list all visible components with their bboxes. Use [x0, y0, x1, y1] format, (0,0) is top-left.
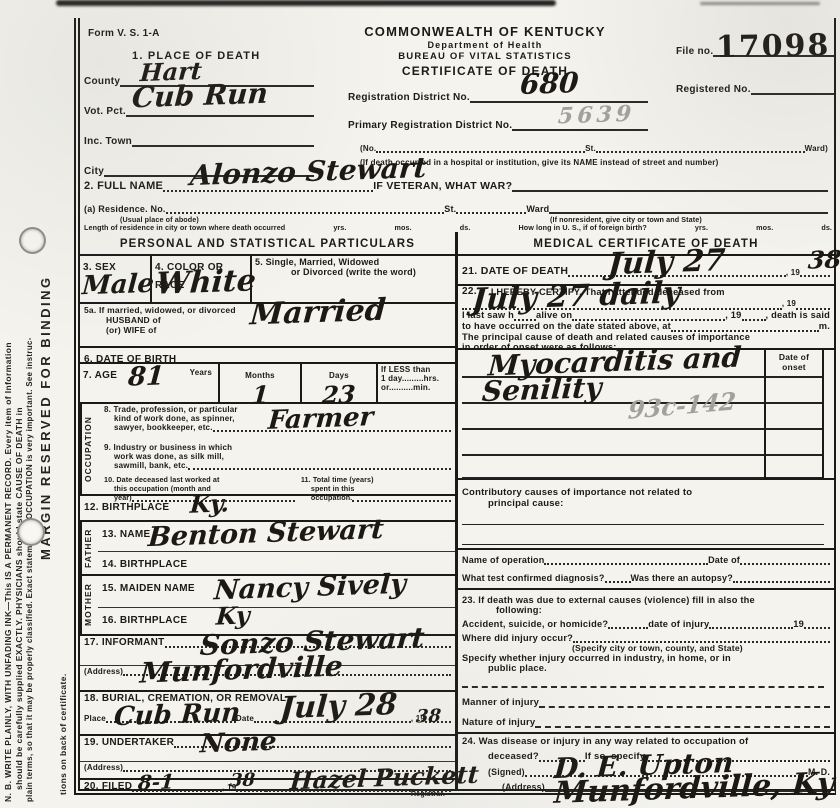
city-label: City	[84, 166, 104, 177]
industry-line1: 9. Industry or business in which	[104, 443, 451, 452]
margin-binding-label: MARGIN RESERVED FOR BINDING	[38, 230, 53, 560]
operation-row: Name of operation Date of	[458, 550, 834, 570]
certify-line3a: to have occurred on the date stated abov…	[462, 321, 671, 332]
total-time-1: 11. Total time (years)	[301, 475, 451, 484]
father-name-row: 13. NAME Benton Stewart	[98, 522, 455, 552]
cause-pencil-note: 93c-142	[627, 389, 737, 423]
industry-fill	[188, 468, 451, 470]
filed-year-value: 38	[229, 772, 255, 791]
cause-of-death-area: Date of onset Myocarditis and Senility 9…	[458, 350, 834, 480]
residence-no-line	[166, 212, 445, 214]
hospital-note: (If death occurred in a hospital or inst…	[360, 158, 828, 167]
death-certificate-scan: { "margin": { "line1": "N. B. WRITE PLAI…	[0, 0, 840, 808]
manner-of-injury-row: Manner of injury	[458, 690, 834, 712]
inc-town-row: Inc. Town	[84, 136, 314, 147]
occupation-vertical-label: OCCUPATION	[80, 404, 100, 494]
specify-line2: public place.	[488, 663, 830, 673]
registered-no-row: Registered No.	[676, 84, 834, 95]
mother-birthplace-label: 16. BIRTHPLACE	[102, 615, 187, 626]
date-of-onset-box: Date of onset	[764, 350, 824, 480]
burial-date-value: July 28	[279, 690, 398, 724]
burial-year-value: 38	[415, 708, 441, 727]
certificate-form: Form V. S. 1-A 1. PLACE OF DEATH COMMONW…	[74, 18, 836, 795]
specify-line1: Specify whether injury occurred in indus…	[462, 653, 830, 663]
length-yrs: yrs.	[333, 223, 346, 232]
certify-handwriting: July 27 daily	[471, 278, 681, 315]
age-months-cell: Months 1	[220, 364, 302, 402]
us-ds: ds.	[821, 223, 832, 232]
undertaker-label: 19. UNDERTAKER	[84, 737, 174, 748]
certify-line4: The principal cause of death and related…	[462, 332, 830, 343]
manner-label: Manner of injury	[462, 697, 539, 708]
bureau-vital-statistics: BUREAU OF VITAL STATISTICS	[330, 51, 640, 62]
residence-st-line	[456, 212, 526, 214]
mother-name-value: Nancy Sively	[213, 571, 407, 605]
veteran-line	[512, 190, 828, 192]
file-no-label: File no.	[676, 46, 713, 57]
industry-line3: sawmill, bank, etc.	[114, 461, 188, 470]
file-no-value: 17098	[716, 31, 831, 63]
nature-fill	[535, 726, 830, 728]
primary-district-label: Primary Registration District No.	[348, 120, 512, 131]
industry-row: 9. Industry or business in which work wa…	[100, 442, 455, 474]
full-name-value: Alonzo Stewart	[189, 154, 427, 190]
trade-line3: sawyer, bookkeeper, etc.	[114, 423, 213, 432]
form-number: Form V. S. 1-A	[88, 28, 160, 39]
certificate-of-death-title: CERTIFICATE OF DEATH	[330, 64, 640, 78]
residence-ward-label: Ward	[526, 204, 549, 214]
operation-date-fill	[740, 563, 830, 565]
age-years-label: Years	[190, 368, 212, 377]
occupation-group: OCCUPATION 8. Trade, profession, or part…	[80, 404, 455, 496]
date-of-death-label: 21. DATE OF DEATH	[462, 265, 568, 277]
st-label: St.	[585, 144, 596, 153]
date-of-death-year-value: 38	[807, 247, 840, 272]
registrar-label: Registrar.	[411, 789, 445, 798]
married-to-row: 5a. If married, widowed, or divorced HUS…	[80, 304, 455, 348]
sex-cell: 3. SEX Male	[80, 256, 152, 302]
residence-label: (a) Residence. No.	[84, 204, 166, 214]
punch-hole-bottom	[19, 520, 43, 544]
ward-label: Ward)	[805, 144, 828, 153]
inc-town-label: Inc. Town	[84, 136, 132, 147]
contributory-rule-1	[462, 524, 824, 525]
length-mos: mos.	[395, 223, 412, 232]
primary-district-value: 5639	[557, 103, 636, 128]
length-residence-label: Length of residence in city or town wher…	[84, 223, 285, 232]
date-of-death-year-prefix: , 19	[786, 268, 800, 277]
scan-smudge-top-right	[700, 2, 820, 5]
age-less-1: If LESS than	[381, 365, 452, 374]
trade-row: 8. Trade, profession, or particular kind…	[100, 404, 455, 442]
race-cell: 4. COLOR OR RACE White	[152, 256, 252, 302]
informant-address-value: Munfordville	[139, 652, 344, 687]
last-worked-total-row: 10. Date deceased last worked at this oc…	[100, 474, 455, 496]
contributory-block: Contributory causes of importance not re…	[458, 480, 834, 550]
autopsy-label: Was there an autopsy?	[631, 573, 733, 583]
age-months-label: Months	[245, 371, 275, 380]
no-st-ward-row: (No. St. Ward)	[360, 144, 828, 153]
inc-town-line	[132, 145, 314, 147]
marital-value: Married	[249, 296, 387, 331]
undertaker-value: None	[199, 729, 277, 758]
informant-address-row: (Address) Munfordville	[80, 666, 455, 692]
primary-district-line	[512, 129, 648, 131]
signed-label: (Signed)	[488, 767, 525, 777]
q24-line1: 24. Was disease or injury in any way rel…	[462, 736, 830, 747]
operation-fill	[544, 563, 708, 565]
race-value: White	[155, 266, 257, 300]
mother-name-label: 15. MAIDEN NAME	[102, 583, 195, 594]
father-name-value: Benton Stewart	[147, 516, 384, 551]
informant-label: 17. INFORMANT	[84, 637, 165, 648]
personal-title: PERSONAL AND STATISTICAL PARTICULARS	[80, 232, 455, 256]
age-years-value: 81	[127, 363, 165, 390]
autopsy-fill	[733, 581, 830, 583]
us-length-label: How long in U. S., if of foreign birth?	[518, 223, 646, 232]
margin-note-line1: N. B. WRITE PLAINLY, WITH UNFADING INK—T…	[3, 10, 13, 802]
us-yrs: yrs.	[695, 223, 708, 232]
full-name-label: 2. FULL NAME	[84, 180, 163, 192]
age-less-3: or..........min.	[381, 383, 452, 392]
undertaker-address-label: (Address)	[84, 763, 123, 772]
trade-value: Farmer	[267, 404, 374, 434]
q24-deceased-label: deceased?	[488, 751, 539, 762]
registered-no-line	[751, 93, 834, 95]
test-label: What test confirmed diagnosis?	[462, 573, 605, 583]
length-ds: ds.	[460, 223, 471, 232]
vot-pct-label: Vot. Pct.	[84, 106, 126, 117]
vot-pct-line	[126, 115, 314, 117]
occupation-rows: 8. Trade, profession, or particular kind…	[100, 404, 455, 494]
certify-line3b: m.	[819, 321, 830, 332]
injury-date-label: date of injury	[648, 619, 709, 629]
onset-label-2: onset	[766, 362, 822, 372]
test-row: What test confirmed diagnosis? Was there…	[458, 570, 834, 590]
birthplace-label: 12. BIRTHPLACE	[84, 502, 169, 513]
age-label: 7. AGE	[83, 370, 117, 381]
residence-row: (a) Residence. No. St. Ward	[84, 204, 828, 214]
father-rows: 13. NAME Benton Stewart 14. BIRTHPLACE	[98, 522, 455, 574]
contributory-line1: Contributory causes of importance not re…	[462, 487, 830, 498]
external-causes-block: 23. If death was due to external causes …	[458, 590, 834, 690]
age-days-label: Days	[329, 371, 349, 380]
external-line1: 23. If death was due to external causes …	[462, 595, 830, 605]
date-of-death-year-fill	[800, 275, 830, 277]
where-injury-label: Where did injury occur?	[462, 633, 573, 643]
marital-label-1: 5. Single, Married, Widowed	[255, 257, 452, 267]
no-label: (No.	[360, 144, 376, 153]
medical-column: MEDICAL CERTIFICATE OF DEATH 21. DATE OF…	[458, 232, 834, 789]
form-columns: PERSONAL AND STATISTICAL PARTICULARS 3. …	[80, 232, 834, 789]
industry-line2: work was done, as silk mill,	[114, 452, 451, 461]
cause-value-2: Senility	[481, 374, 602, 406]
birthplace-value: Ky.	[189, 491, 230, 516]
external-line2: following:	[496, 605, 830, 615]
filed-value: 8-1	[137, 771, 175, 792]
external-dashed-rule	[462, 686, 824, 688]
residence-st-label: St.	[444, 204, 456, 214]
mother-birthplace-value: Ky	[215, 603, 250, 628]
father-name-label: 13. NAME	[102, 529, 151, 540]
last-worked-1: 10. Date deceased last worked at	[104, 475, 295, 484]
registration-district-label: Registration District No.	[348, 92, 470, 103]
county-label: County	[84, 76, 120, 87]
operation-date-label: Date of	[708, 555, 740, 565]
dept-of-health: Department of Health	[330, 40, 640, 50]
st-line	[596, 151, 805, 153]
us-mos: mos.	[756, 223, 773, 232]
informant-address-label: (Address)	[84, 667, 123, 676]
mother-vertical-label: MOTHER	[80, 576, 98, 634]
burial-place-value: Cub Run	[113, 700, 241, 730]
contributory-rule-2	[462, 544, 824, 545]
age-less-cell: If LESS than 1 day.........hrs. or......…	[378, 364, 455, 402]
margin-note-line3: plain terms, so that it may be properly …	[25, 10, 34, 802]
nature-label: Nature of injury	[462, 717, 535, 728]
registration-district-value: 680	[519, 69, 579, 99]
age-cell: 7. AGE 81 Years	[80, 364, 220, 402]
q24-block: 24. Was disease or injury in any way rel…	[458, 734, 834, 793]
personal-column: PERSONAL AND STATISTICAL PARTICULARS 3. …	[80, 232, 458, 789]
punch-hole-top	[21, 229, 44, 252]
total-time-2: spent in this	[311, 484, 451, 493]
father-vertical-label: FATHER	[80, 522, 98, 574]
certify-year1: , 19	[782, 299, 796, 310]
injury-year-label: 19	[793, 619, 804, 629]
commonwealth-title: COMMONWEALTH OF KENTUCKY	[330, 24, 640, 39]
sex-value: Male	[81, 271, 155, 300]
margin-note-line2: should be carefully supplied EXACTLY. PH…	[14, 90, 24, 790]
test-fill	[605, 581, 631, 583]
accident-label: Accident, suicide, or homicide?	[462, 619, 608, 629]
filed-label: 20. FILED	[84, 781, 132, 792]
burial-place-label: Place	[84, 714, 106, 723]
operation-label: Name of operation	[462, 555, 544, 565]
manner-fill	[539, 706, 830, 708]
contributory-line2: principal cause:	[488, 498, 830, 509]
nature-of-injury-row: Nature of injury	[458, 712, 834, 734]
length-residence-row: Length of residence in city or town wher…	[84, 222, 832, 232]
filed-row: 20. FILED , 19 8-1 38 Hazel Puckett Regi…	[80, 780, 455, 797]
certify-line2c: , 19	[725, 310, 741, 321]
signed-address-value: Munfordville, Ky	[553, 769, 835, 808]
age-less-2: 1 day.........hrs.	[381, 374, 452, 383]
vot-pct-value: Cub Run	[131, 80, 269, 113]
mother-name-row: 15. MAIDEN NAME Nancy Sively	[98, 576, 455, 608]
age-days-cell: Days 23	[302, 364, 378, 402]
onset-label-1: Date of	[766, 352, 822, 362]
certify-block: 22. I HEREBY CERTIFY, That I attended de…	[458, 286, 834, 350]
specify-note: (Specify city or town, county, and State…	[572, 643, 830, 653]
marital-label-2: or Divorced (write the word)	[255, 267, 452, 277]
undertaker-row: 19. UNDERTAKER None	[80, 736, 455, 762]
residence-ward-line	[549, 212, 828, 214]
scan-smudge-top	[56, 0, 556, 6]
signed-address-label: (Address)	[502, 782, 545, 792]
certify-line2d: , death is said	[766, 310, 830, 321]
registered-no-label: Registered No.	[676, 84, 751, 95]
age-row: 7. AGE 81 Years Months 1 Days 23 If LESS…	[80, 364, 455, 404]
margin-note-line4: tions on back of certificate.	[58, 615, 68, 795]
registrar-signature: Hazel Puckett	[289, 763, 479, 794]
total-time-cell: 11. Total time (years) spent in this occ…	[295, 475, 451, 495]
father-birthplace-label: 14. BIRTHPLACE	[102, 559, 187, 570]
